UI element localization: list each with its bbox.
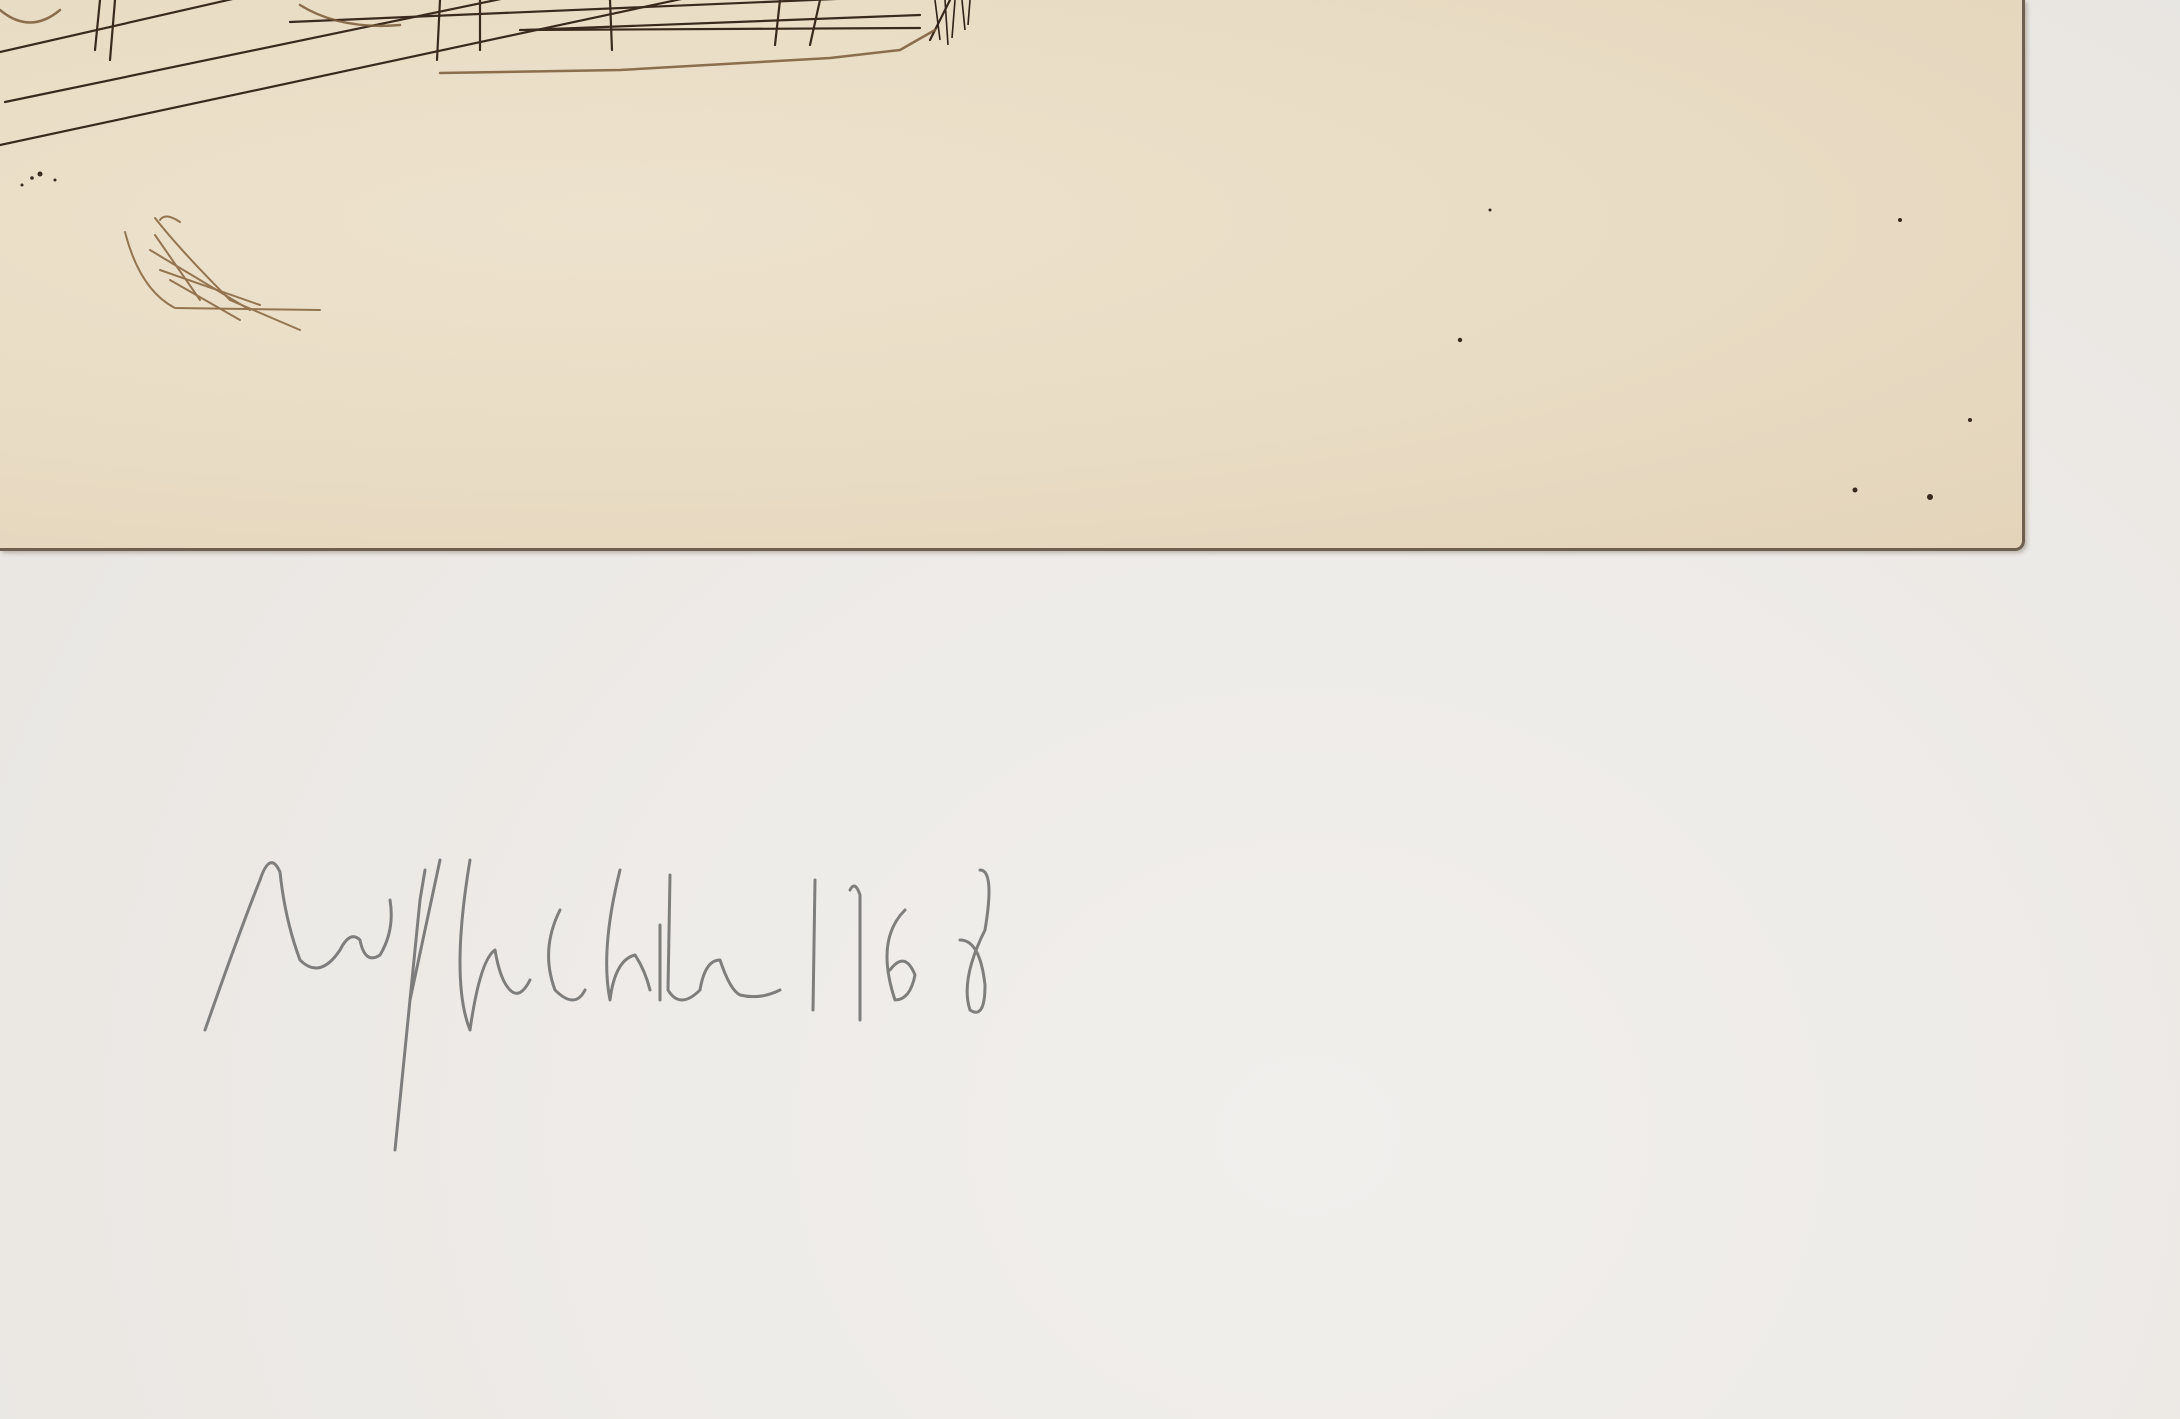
etching-plate (0, 0, 2025, 551)
etched-drawing (0, 0, 2022, 548)
